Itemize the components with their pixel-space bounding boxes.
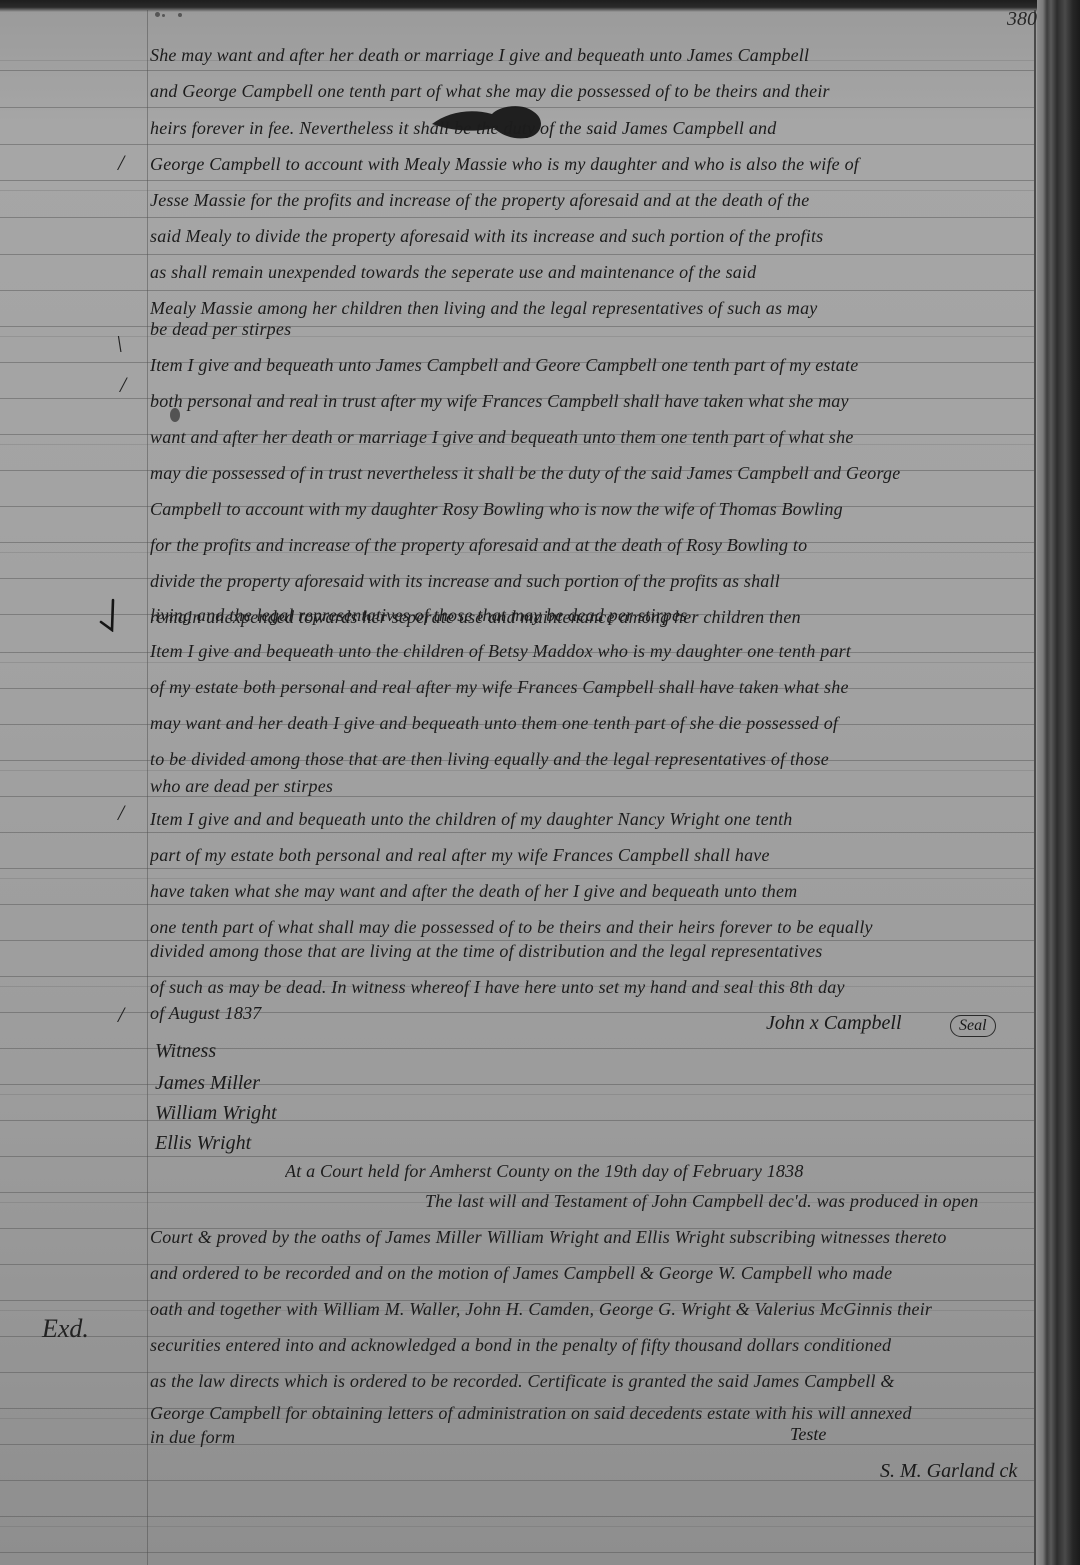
checkmark-icon (98, 598, 120, 632)
text-line: said Mealy to divide the property afores… (150, 225, 1030, 247)
teste-label: Teste (790, 1424, 826, 1445)
witness-name: Ellis Wright (155, 1132, 251, 1155)
text-line: who are dead per stirpes (150, 775, 1030, 797)
testator-signature: John x Campbell (766, 1012, 902, 1035)
text-line: and George Campbell one tenth part of wh… (150, 80, 1030, 102)
text-line: Court & proved by the oaths of James Mil… (150, 1226, 1030, 1248)
margin-tick: \ (116, 332, 123, 359)
text-line: heirs forever in fee. Nevertheless it sh… (150, 117, 1030, 139)
text-line: Jesse Massie for the profits and increas… (150, 189, 1030, 211)
text-line: Item I give and and bequeath unto the ch… (150, 808, 1030, 830)
page-right-edge (1034, 10, 1036, 1565)
text-line: be dead per stirpes (150, 318, 1030, 340)
clerk-signature: S. M. Garland ck (880, 1460, 1017, 1483)
left-margin-rule (147, 10, 148, 1565)
scan-top-shadow (0, 0, 1080, 12)
text-line: securities entered into and acknowledged… (150, 1334, 1030, 1356)
text-line: George Campbell to account with Mealy Ma… (150, 153, 1030, 175)
text-line: Item I give and bequeath unto James Camp… (150, 354, 1030, 376)
text-line: living and the legal representatives of … (150, 604, 1030, 626)
ink-speck (162, 14, 165, 17)
text-line: both personal and real in trust after my… (150, 390, 1030, 412)
witness-name: James Miller (155, 1072, 260, 1095)
witness-name: William Wright (155, 1102, 277, 1125)
text-line: of such as may be dead. In witness where… (150, 976, 1030, 998)
text-line: oath and together with William M. Waller… (150, 1298, 1030, 1320)
court-heading: At a Court held for Amherst County on th… (285, 1160, 1005, 1182)
text-line: Item I give and bequeath unto the childr… (150, 640, 1030, 662)
text-line: in due form (150, 1426, 290, 1448)
text-line: divide the property aforesaid with its i… (150, 570, 1030, 592)
book-binding (1037, 0, 1080, 1565)
text-line: one tenth part of what shall may die pos… (150, 916, 1030, 938)
text-line: divided among those that are living at t… (150, 940, 1030, 962)
page-number: 380 (1007, 8, 1037, 31)
text-line: may die possessed of in trust neverthele… (150, 462, 1030, 484)
text-line: part of my estate both personal and real… (150, 844, 1030, 866)
text-line: have taken what she may want and after t… (150, 880, 1030, 902)
text-line: as shall remain unexpended towards the s… (150, 261, 1030, 283)
ledger-page: 380 / \ / / / Exd. She may want and afte… (0, 0, 1080, 1565)
text-line: as the law directs which is ordered to b… (150, 1370, 1030, 1392)
text-line: for the profits and increase of the prop… (150, 534, 1030, 556)
ink-speck (155, 12, 160, 17)
witness-heading: Witness (155, 1040, 216, 1063)
seal-mark: Seal (950, 1015, 996, 1037)
ink-speck (178, 13, 182, 17)
text-line: Mealy Massie among her children then liv… (150, 297, 1030, 319)
text-line: to be divided among those that are then … (150, 748, 1030, 770)
text-line: George Campbell for obtaining letters of… (150, 1402, 1030, 1424)
margin-tick: / (118, 800, 124, 826)
text-line: of my estate both personal and real afte… (150, 676, 1030, 698)
text-line: The last will and Testament of John Camp… (425, 1190, 1025, 1212)
margin-tick: / (118, 1002, 124, 1028)
margin-tick: / (120, 372, 126, 398)
text-line: want and after her death or marriage I g… (150, 426, 1030, 448)
text-line: may want and her death I give and bequea… (150, 712, 1030, 734)
margin-tick: / (118, 150, 124, 176)
text-line: Campbell to account with my daughter Ros… (150, 498, 1030, 520)
executed-margin-note: Exd. (42, 1314, 89, 1344)
text-line: and ordered to be recorded and on the mo… (150, 1262, 1030, 1284)
text-line: She may want and after her death or marr… (150, 44, 1030, 66)
